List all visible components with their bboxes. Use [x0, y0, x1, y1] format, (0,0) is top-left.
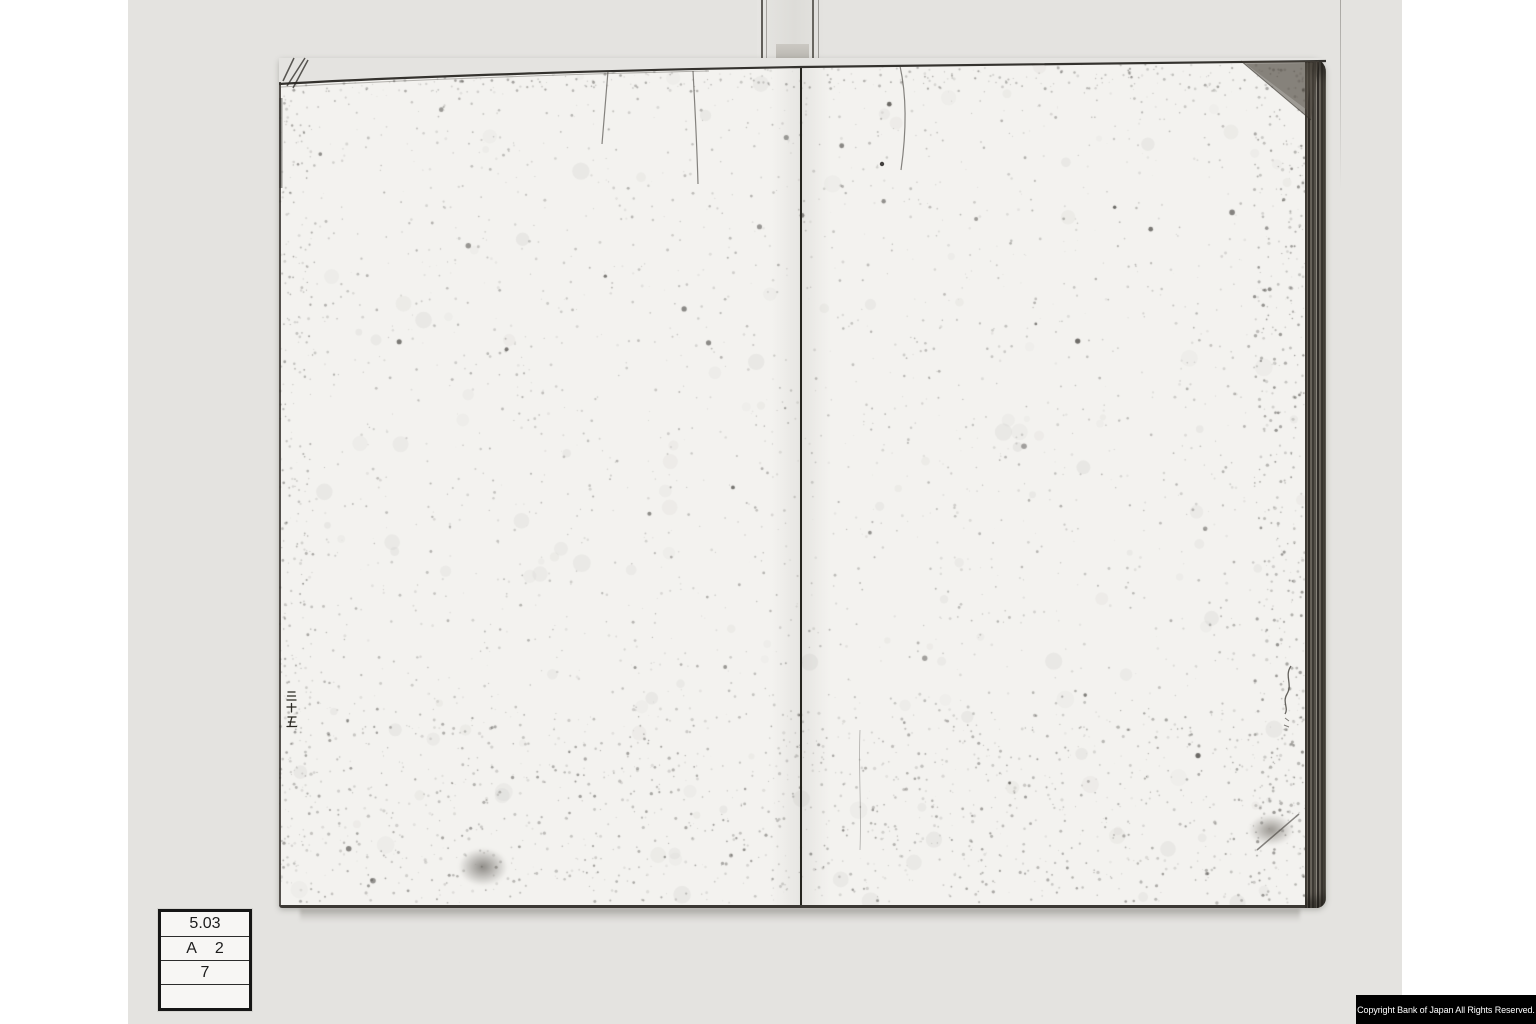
scan-artifact-line [1340, 0, 1341, 190]
catalog-series-letter: A [186, 941, 197, 957]
copyright-text: Copyright Bank of Japan All Rights Reser… [1357, 1005, 1535, 1015]
page-number-kanji [285, 688, 298, 728]
catalog-label-row-3: 7 [161, 960, 249, 984]
catalog-code: 5.03 [189, 916, 220, 932]
smudge-bottom-left [449, 841, 517, 893]
binding-tab-line [812, 0, 814, 67]
catalog-item-number: 7 [201, 965, 210, 981]
catalog-label-row-4 [161, 984, 249, 1008]
copyright-bar: Copyright Bank of Japan All Rights Reser… [1356, 995, 1536, 1024]
catalog-label-box: 5.03 A 2 7 [158, 909, 252, 1011]
scan-viewport: 5.03 A 2 7 Copyright Bank of Japan All R… [0, 0, 1536, 1024]
catalog-label-row-2: A 2 [161, 936, 249, 960]
binding-tab-line [818, 0, 819, 67]
binding-tab-line [761, 0, 763, 67]
catalog-label-row-1: 5.03 [161, 912, 249, 936]
page-marks-overlay [279, 58, 1326, 905]
catalog-series-number: 2 [215, 941, 224, 957]
margin-squiggle-mark [1285, 666, 1291, 714]
smudge-bottom-right [1239, 808, 1303, 852]
book-spread [279, 58, 1326, 908]
book-bottom-shadow [300, 909, 1300, 922]
binding-tab [757, 0, 825, 67]
binding-tab-line [766, 0, 767, 67]
